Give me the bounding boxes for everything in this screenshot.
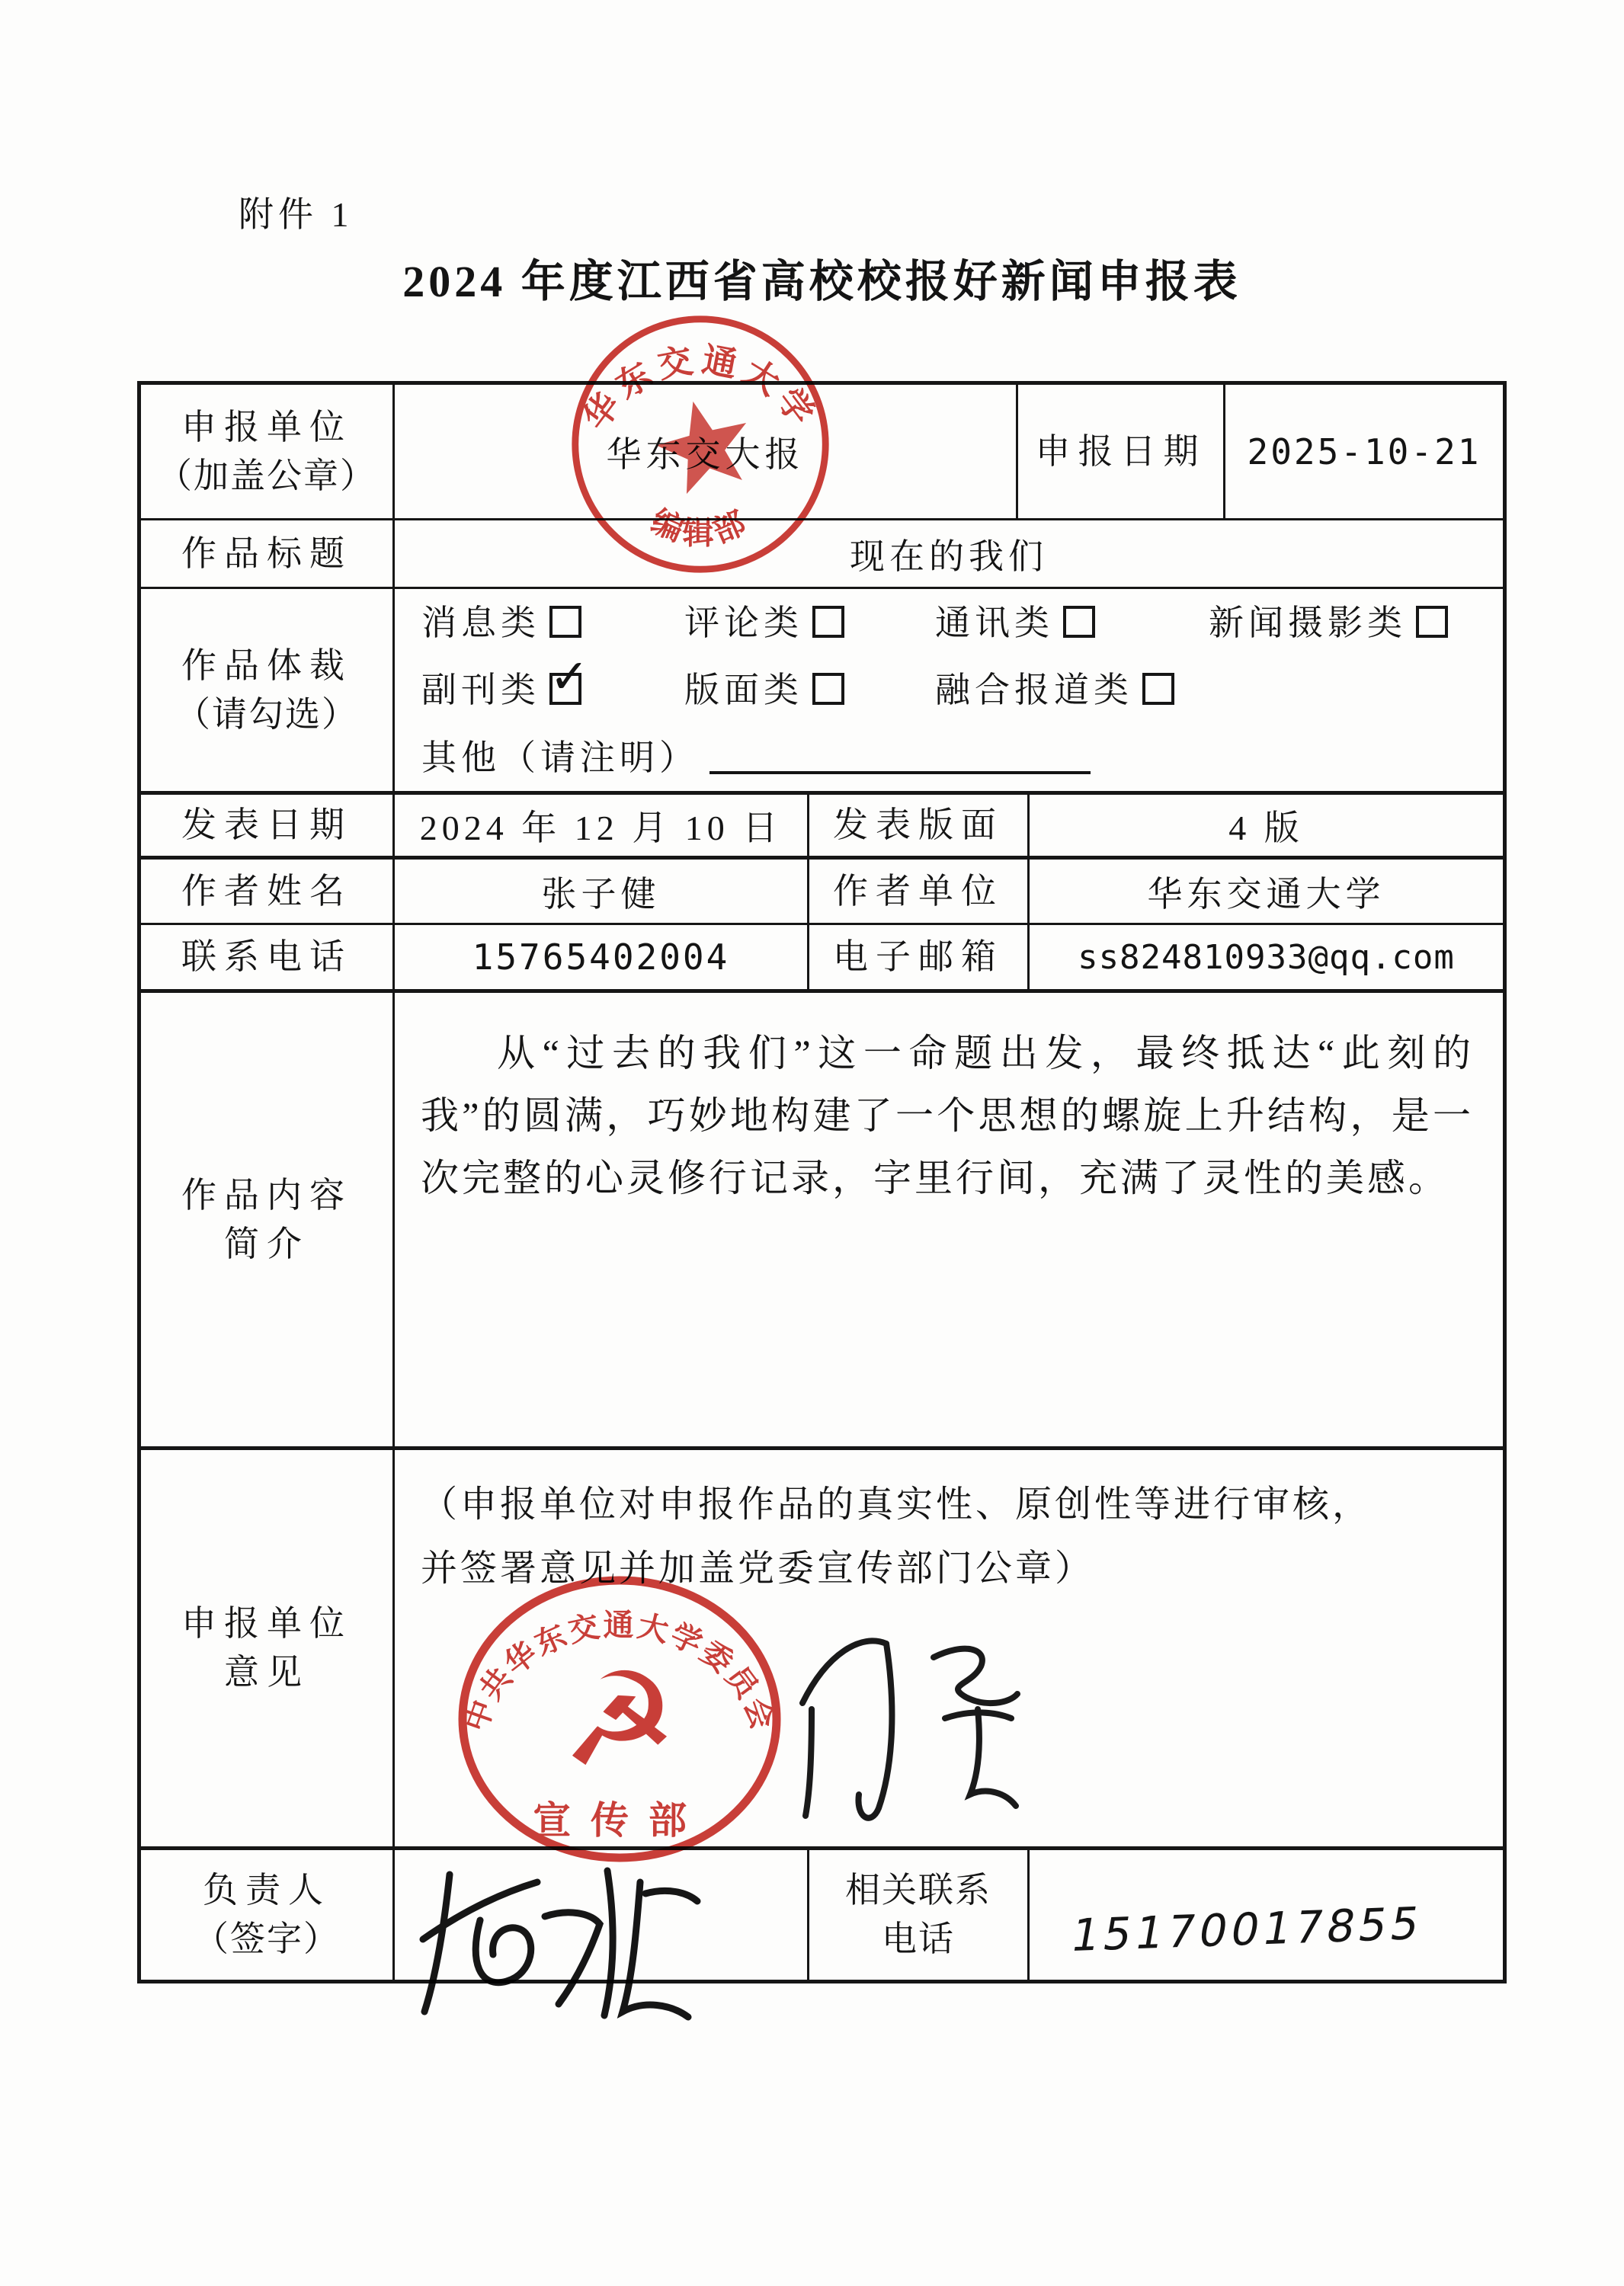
unit-opinion-label: 申报单位 意见	[141, 1450, 392, 1846]
summary-label: 作品内容 简介	[141, 993, 392, 1446]
author-name-value: 张子健	[392, 860, 807, 923]
declare-date-value: 2025-10-21	[1223, 385, 1503, 518]
contact-email-label: 电子邮箱	[807, 925, 1027, 989]
genre-options: 消息类✓ 评论类✓ 通讯类✓ 新闻摄影类✓ 副刊类✓ 版面类✓ 融合报道类✓ 其…	[392, 589, 1503, 791]
scanned-application-form: 附件 1 2024 年度江西省高校校报好新闻申报表 申报单位 （加盖公章） 华东…	[0, 0, 1624, 2286]
author-unit-value: 华东交通大学	[1027, 860, 1503, 923]
checkbox-news: ✓	[549, 606, 581, 638]
page-title: 2024 年度江西省高校校报好新闻申报表	[137, 245, 1507, 309]
contact-email-value: ss824810933@qq.com	[1027, 925, 1503, 989]
declaring-unit-label: 申报单位 （加盖公章）	[141, 385, 392, 518]
genre-option-photography: 新闻摄影类✓	[1209, 589, 1448, 657]
publish-date-label: 发表日期	[141, 795, 392, 856]
attachment-label: 附件 1	[239, 187, 354, 237]
check-mark-icon: ✓	[549, 653, 594, 700]
publish-page-label: 发表版面	[807, 795, 1027, 856]
checkbox-converged: ✓	[1142, 673, 1174, 705]
row-work-title: 作品标题 现在的我们	[141, 518, 1503, 587]
summary-paragraph: 从“过去的我们”这一命题出发，最终抵达“此刻的我”的圆满，巧妙地构建了一个思想的…	[395, 993, 1503, 1209]
genre-option-communication: 通讯类✓	[935, 589, 1095, 657]
related-phone-label: 相关联系 电话	[807, 1850, 1027, 1980]
genre-option-news: 消息类✓	[421, 589, 581, 657]
row-publish: 发表日期 2024 年 12 月 10 日 发表版面 4 版	[141, 791, 1503, 856]
genre-line-other: 其他（请注明）	[395, 724, 1503, 791]
genre-label: 作品体裁 （请勾选）	[141, 589, 392, 791]
row-genre: 作品体裁 （请勾选） 消息类✓ 评论类✓ 通讯类✓ 新闻摄影类✓ 副刊类✓ 版面…	[141, 587, 1503, 791]
row-summary: 作品内容 简介 从“过去的我们”这一命题出发，最终抵达“此刻的我”的圆满，巧妙地…	[141, 989, 1503, 1446]
row-author: 作者姓名 张子健 作者单位 华东交通大学	[141, 856, 1503, 923]
genre-option-other: 其他（请注明）	[421, 724, 1091, 792]
opinion-note: （申报单位对申报作品的真实性、原创性等进行审核， 并签署意见并加盖党委宣传部门公…	[395, 1450, 1401, 1601]
row-declaring-unit: 申报单位 （加盖公章） 华东交大报 申报日期 2025-10-21	[141, 385, 1503, 518]
checkbox-communication: ✓	[1063, 606, 1095, 638]
author-name-label: 作者姓名	[141, 860, 392, 923]
summary-text-cell: 从“过去的我们”这一命题出发，最终抵达“此刻的我”的圆满，巧妙地构建了一个思想的…	[392, 993, 1503, 1446]
other-fill-line	[709, 770, 1091, 774]
author-unit-label: 作者单位	[807, 860, 1027, 923]
handwritten-phone: 15170017855	[1067, 1897, 1427, 1962]
genre-line-2: 副刊类✓ 版面类✓ 融合报道类✓	[395, 656, 1503, 723]
publish-page-value: 4 版	[1027, 795, 1503, 856]
publish-date-value: 2024 年 12 月 10 日	[392, 795, 807, 856]
row-contact: 联系电话 15765402004 电子邮箱 ss824810933@qq.com	[141, 923, 1503, 989]
contact-phone-label: 联系电话	[141, 925, 392, 989]
contact-phone-value: 15765402004	[392, 925, 807, 989]
declare-date-label: 申报日期	[1016, 385, 1223, 518]
genre-line-1: 消息类✓ 评论类✓ 通讯类✓ 新闻摄影类✓	[395, 589, 1503, 656]
checkbox-commentary: ✓	[812, 606, 844, 638]
responsible-signature-cell	[392, 1850, 807, 1980]
genre-option-layout: 版面类✓	[684, 656, 844, 724]
checkbox-supplement: ✓	[549, 673, 581, 705]
row-unit-opinion: 申报单位 意见 （申报单位对申报作品的真实性、原创性等进行审核， 并签署意见并加…	[141, 1446, 1503, 1846]
checkbox-photography: ✓	[1416, 606, 1448, 638]
work-title-label: 作品标题	[141, 520, 392, 587]
related-phone-value: 15170017855	[1027, 1850, 1503, 1980]
declaring-unit-value: 华东交大报	[392, 385, 1016, 518]
application-form-table: 申报单位 （加盖公章） 华东交大报 申报日期 2025-10-21 作品标题 现…	[137, 381, 1507, 1983]
unit-opinion-cell: （申报单位对申报作品的真实性、原创性等进行审核， 并签署意见并加盖党委宣传部门公…	[392, 1450, 1503, 1846]
checkbox-layout: ✓	[812, 673, 844, 705]
genre-option-supplement: 副刊类✓	[421, 656, 581, 724]
genre-option-commentary: 评论类✓	[684, 589, 844, 657]
responsible-label: 负责人 （签字）	[141, 1850, 392, 1980]
genre-option-converged: 融合报道类✓	[935, 656, 1174, 724]
row-responsible: 负责人 （签字） 相关联系 电话 15170017855	[141, 1846, 1503, 1980]
work-title-value: 现在的我们	[392, 520, 1503, 587]
